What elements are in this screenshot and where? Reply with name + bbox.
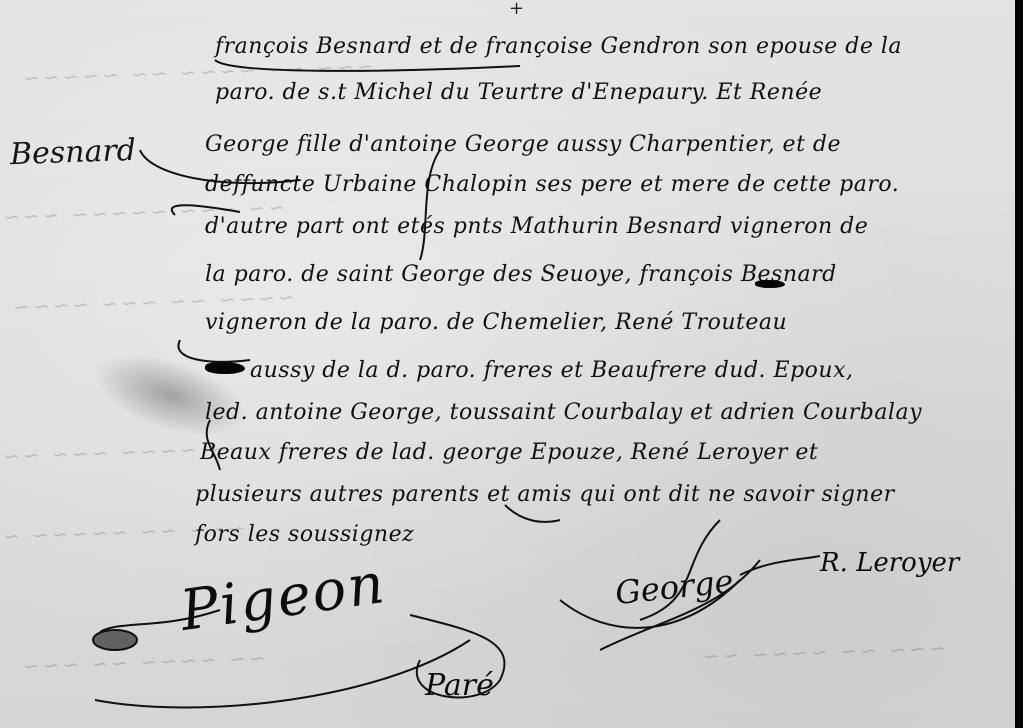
- ink-blot: [755, 280, 785, 288]
- bleed-through-text: ~~ ~~~~ ~~ ~~~: [20, 646, 266, 679]
- signature-pare: Paré: [425, 668, 494, 703]
- signature-george: George: [613, 562, 735, 612]
- text-line-8: aussy de la d. paro. freres et Beaufrere…: [250, 358, 853, 383]
- signature-pigeon: Pigeon: [176, 551, 389, 644]
- text-line-2: paro. de s.t Michel du Teurtre d'Enepaur…: [215, 80, 822, 105]
- text-line-6: la paro. de saint George des Seuoye, fra…: [205, 262, 837, 287]
- text-line-3: George fille d'antoine George aussy Char…: [205, 132, 841, 157]
- text-line-1: françois Besnard et de françoise Gendron…: [215, 34, 902, 59]
- signature-leroyer: R. Leroyer: [820, 548, 959, 578]
- text-line-7: vigneron de la paro. de Chemelier, René …: [205, 310, 787, 335]
- margin-note: Besnard: [9, 133, 136, 172]
- ink-blot: [205, 362, 245, 374]
- text-line-5: d'autre part ont etés pnts Mathurin Besn…: [205, 214, 868, 239]
- text-line-4: deffuncte Urbaine Chalopin ses pere et m…: [205, 172, 899, 197]
- text-line-10: Beaux freres de lad. george Epouze, René…: [200, 440, 818, 465]
- bleed-through-text: ~~~ ~~ ~~~~ ~~: [700, 636, 946, 669]
- cross-mark: +: [509, 0, 524, 19]
- text-line-12: fors les soussignez: [195, 522, 414, 547]
- text-line-11: plusieurs autres parents et amis qui ont…: [195, 482, 895, 507]
- text-line-9: led. antoine George, toussaint Courbalay…: [205, 400, 922, 425]
- ink-smudge: [83, 337, 257, 453]
- document-scan: ~~~ ~~ ~~~~ ~~ ~~~~~ ~~ ~~~ ~~~~~ ~~~ ~~…: [0, 0, 1023, 728]
- scan-edge: [1015, 0, 1023, 728]
